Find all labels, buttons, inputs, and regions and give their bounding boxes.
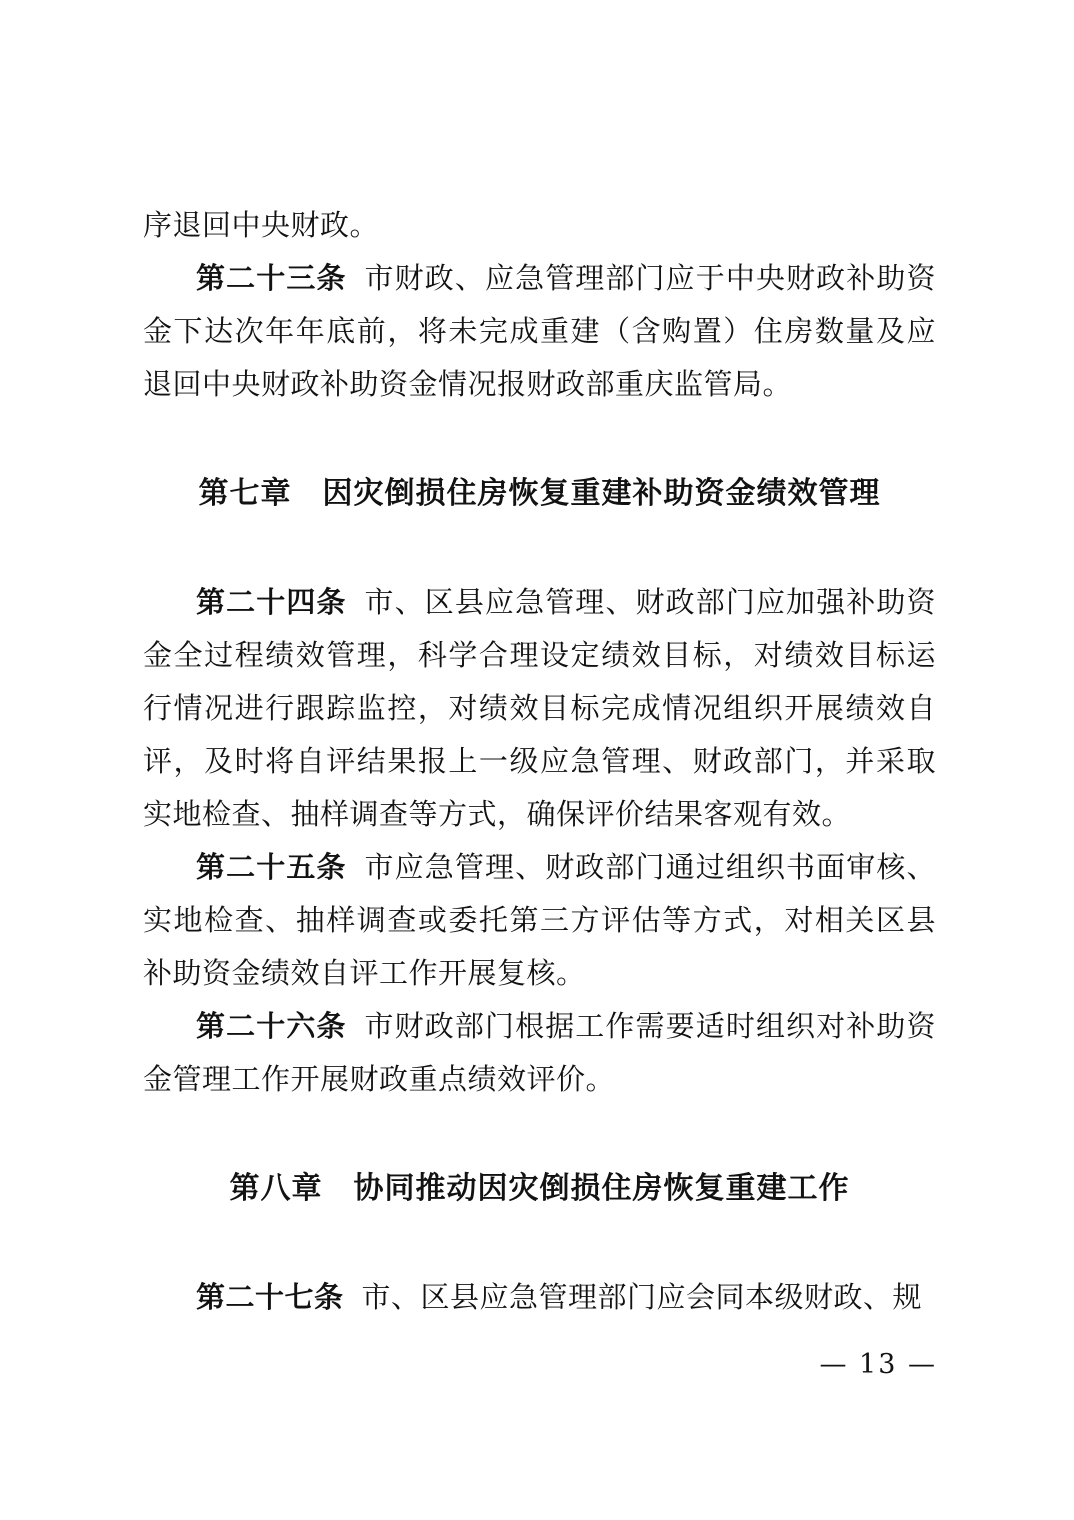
chapter-7-heading: 第七章 因灾倒损住房恢复重建补助资金绩效管理 xyxy=(143,467,936,520)
article-27-paragraph: 第二十七条市、区县应急管理部门应会同本级财政、规 xyxy=(143,1271,936,1324)
document-page: 序退回中央财政。 第二十三条市财政、应急管理部门应于中央财政补助资金下达次年年底… xyxy=(0,0,1074,1520)
article-26-label: 第二十六条 xyxy=(196,1009,347,1043)
article-26-paragraph: 第二十六条市财政部门根据工作需要适时组织对补助资金管理工作开展财政重点绩效评价。 xyxy=(143,1000,936,1106)
paragraph-continuation: 序退回中央财政。 xyxy=(143,199,936,252)
article-23-paragraph: 第二十三条市财政、应急管理部门应于中央财政补助资金下达次年年底前，将未完成重建（… xyxy=(143,252,936,411)
article-24-label: 第二十四条 xyxy=(196,585,347,619)
article-27-label: 第二十七条 xyxy=(196,1280,344,1314)
chapter-8-heading: 第八章 协同推动因灾倒损住房恢复重建工作 xyxy=(143,1162,936,1215)
article-27-text: 市、区县应急管理部门应会同本级财政、规 xyxy=(362,1280,923,1314)
page-number: — 13 — xyxy=(819,1350,937,1380)
article-25-label: 第二十五条 xyxy=(196,850,347,884)
article-23-label: 第二十三条 xyxy=(196,261,347,295)
article-24-paragraph: 第二十四条市、区县应急管理、财政部门应加强补助资金全过程绩效管理，科学合理设定绩… xyxy=(143,576,936,841)
article-24-text: 市、区县应急管理、财政部门应加强补助资金全过程绩效管理，科学合理设定绩效目标，对… xyxy=(143,585,936,831)
article-25-paragraph: 第二十五条市应急管理、财政部门通过组织书面审核、实地检查、抽样调查或委托第三方评… xyxy=(143,841,936,1000)
